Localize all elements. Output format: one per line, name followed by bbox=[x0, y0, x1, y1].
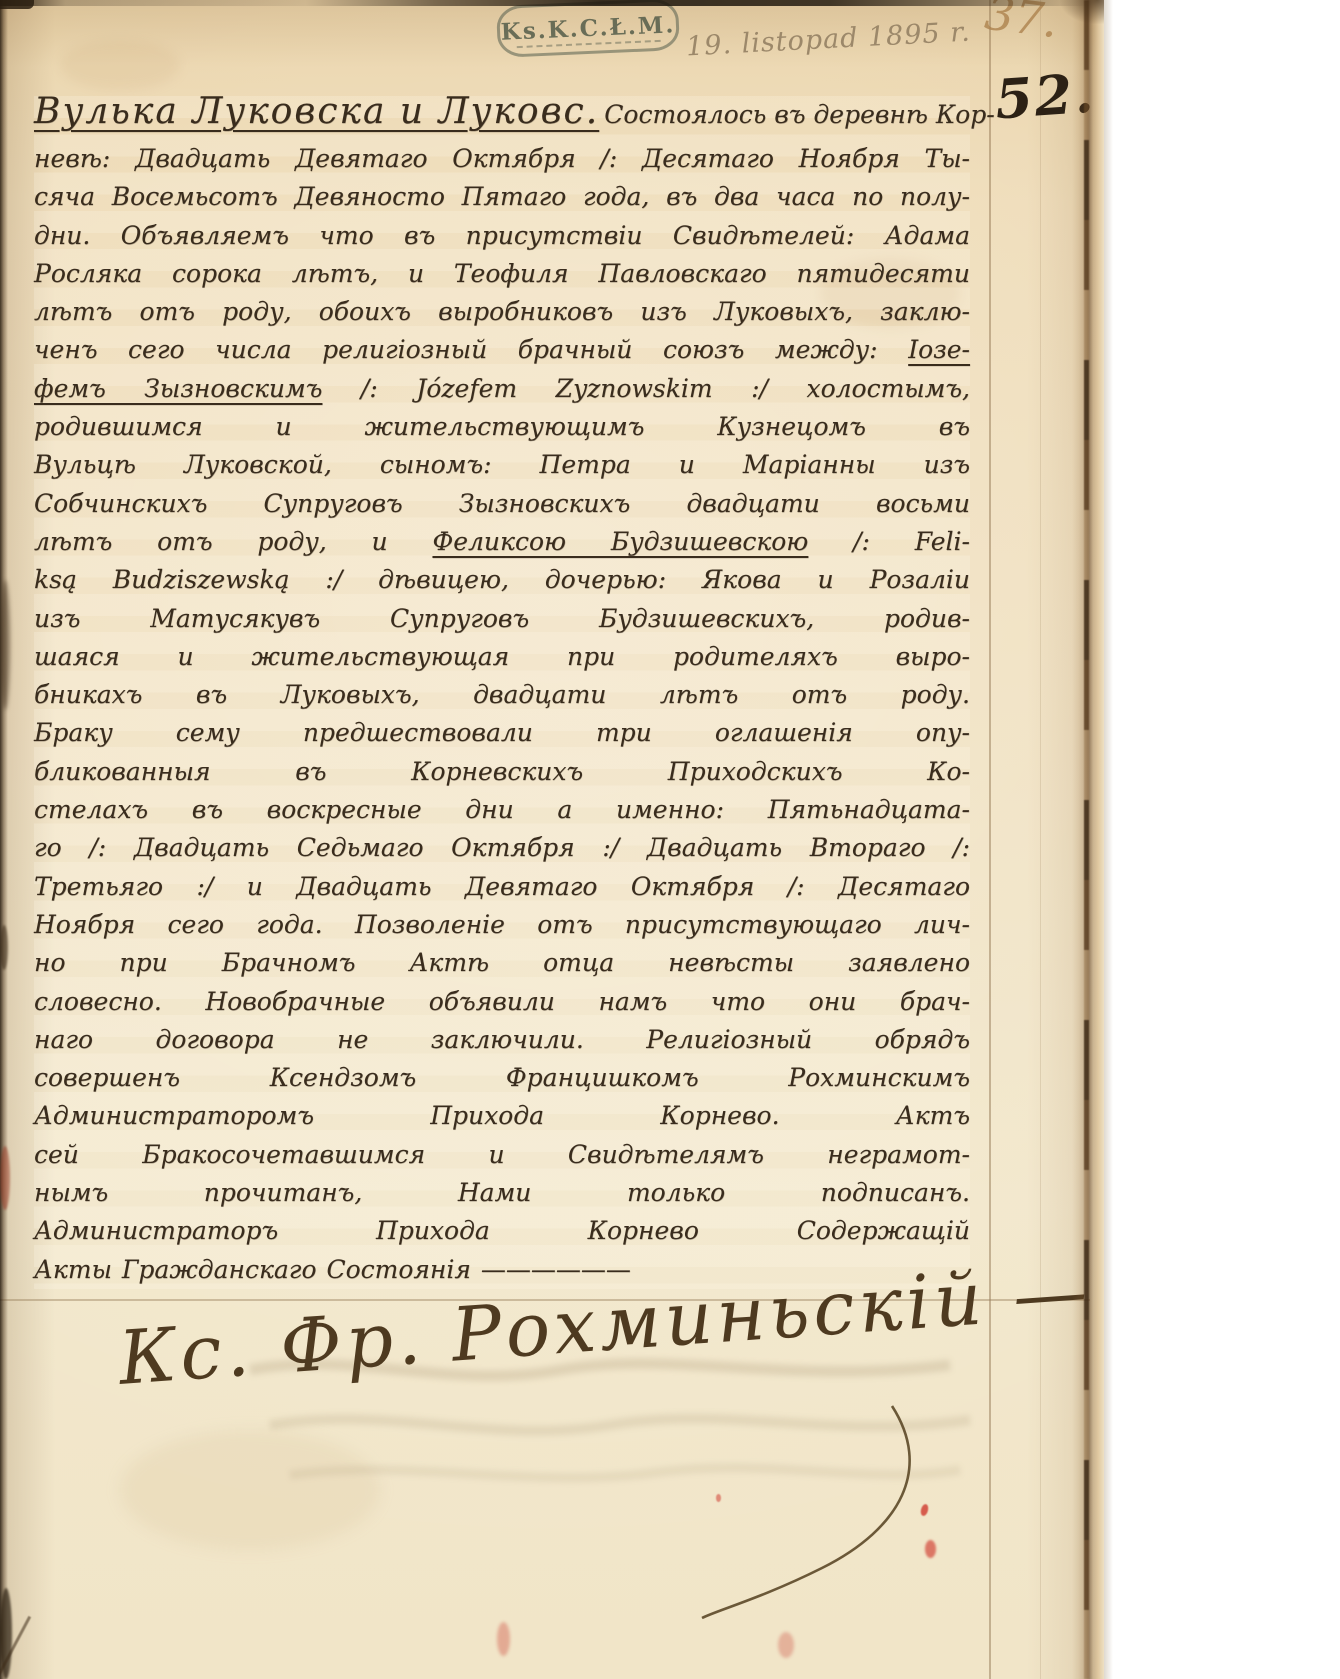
manuscript-segment: Администраторъ Прихода Корнево Содержащі… bbox=[34, 1216, 970, 1245]
page-edge-left bbox=[0, 0, 8, 1679]
manuscript-segment: наго договора не заключили. Религіозный … bbox=[34, 1025, 970, 1054]
manuscript-page: Ks.K.C.Ł.M. 19. listopad 1895 r. 37. 52.… bbox=[0, 0, 1104, 1679]
manuscript-segment: ченъ сего числа религіозный брачный союз… bbox=[34, 335, 908, 364]
manuscript-line: наго договора не заключили. Религіозный … bbox=[34, 1021, 970, 1059]
manuscript-segment: ksą Budziszewską :/ дѣвицею, дочерью: Як… bbox=[34, 565, 970, 594]
manuscript-line: невѣ: Двадцать Девятаго Октября /: Десят… bbox=[34, 140, 970, 178]
manuscript-line: Собчинскихъ Супруговъ Зызновскихъ двадца… bbox=[34, 485, 970, 523]
manuscript-line: изъ Матусякувъ Супруговъ Будзишевскихъ, … bbox=[34, 600, 970, 638]
underlined-name: Феликсою Будзишевскою bbox=[432, 527, 808, 556]
ink-blot bbox=[0, 580, 10, 710]
rust-mark bbox=[0, 1146, 10, 1210]
manuscript-segment: стелахъ въ воскресные дни а именно: Пять… bbox=[34, 795, 970, 824]
manuscript-line: сей Бракосочетавшимся и Свидѣтелямъ негр… bbox=[34, 1136, 970, 1174]
ink-blot bbox=[0, 925, 8, 970]
manuscript-segment: шаяся и жительствующая при родителяхъ вы… bbox=[34, 642, 970, 671]
page-corner-mark bbox=[1060, 0, 1104, 24]
manuscript-line: лѣтъ отъ роду, обоихъ выробниковъ изъ Лу… bbox=[34, 293, 970, 331]
underlined-name: Іозе- bbox=[908, 335, 970, 364]
manuscript-line: стелахъ въ воскресные дни а именно: Пять… bbox=[34, 791, 970, 829]
red-ink-mark bbox=[716, 1494, 721, 1502]
manuscript-segment: родившимся и жительствующимъ Кузнецомъ в… bbox=[34, 412, 970, 441]
manuscript-line: ченъ сего числа религіозный брачный союз… bbox=[34, 331, 970, 369]
record-place-title: Вулька Луковска и Луковс. bbox=[34, 91, 599, 132]
manuscript-segment: Акты Гражданскаго Состоянія —————— bbox=[34, 1255, 631, 1284]
manuscript-line: го /: Двадцать Седьмаго Октября :/ Двадц… bbox=[34, 829, 970, 867]
page-shadow bbox=[1104, 0, 1113, 1679]
record-body: невѣ: Двадцать Девятаго Октября /: Десят… bbox=[34, 140, 970, 1289]
manuscript-line: родившимся и жительствующимъ Кузнецомъ в… bbox=[34, 408, 970, 446]
red-ink-mark bbox=[778, 1632, 794, 1658]
manuscript-segment: бликованныя въ Корневскихъ Приходскихъ К… bbox=[34, 757, 970, 786]
pencil-date-note: 19. listopad 1895 r. bbox=[685, 17, 971, 63]
page-binding-line bbox=[1084, 0, 1089, 1679]
manuscript-segment: /: Feli- bbox=[808, 527, 970, 556]
manuscript-segment: /: Józefem Zyznowskim :/ холостымъ, bbox=[322, 374, 970, 403]
red-ink-mark bbox=[925, 1540, 936, 1558]
manuscript-line: но при Брачномъ Актѣ отца невѣсты заявле… bbox=[34, 944, 970, 982]
manuscript-line: лѣтъ отъ роду, и Феликсою Будзишевскою /… bbox=[34, 523, 970, 561]
manuscript-segment: Администраторомъ Прихода Корнево. Актъ bbox=[34, 1101, 970, 1130]
manuscript-segment: Вульцѣ Луковской, сыномъ: Петра и Маріан… bbox=[34, 450, 970, 479]
manuscript-segment: го /: Двадцать Седьмаго Октября :/ Двадц… bbox=[34, 833, 970, 862]
manuscript-line: Браку сему предшествовали три оглашенія … bbox=[34, 714, 970, 752]
record-heading: Вулька Луковска и Луковс. Состоялось въ … bbox=[34, 84, 970, 140]
manuscript-line: ksą Budziszewską :/ дѣвицею, дочерью: Як… bbox=[34, 561, 970, 599]
manuscript-segment: Третьяго :/ и Двадцать Девятаго Октября … bbox=[34, 872, 970, 901]
manuscript-segment: Ноября сего года. Позволеніе отъ присутс… bbox=[34, 910, 970, 939]
manuscript-line: бликованныя въ Корневскихъ Приходскихъ К… bbox=[34, 753, 970, 791]
manuscript-segment: Собчинскихъ Супруговъ Зызновскихъ двадца… bbox=[34, 489, 970, 518]
archive-stamp-text: Ks.K.C.Ł.M. bbox=[500, 11, 676, 46]
manuscript-line: Росляка сорока лѣтъ, и Теофиля Павловска… bbox=[34, 255, 970, 293]
manuscript-line: Третьяго :/ и Двадцать Девятаго Октября … bbox=[34, 868, 970, 906]
manuscript-segment: сяча Восемьсотъ Девяносто Пятаго года, в… bbox=[34, 182, 970, 211]
manuscript-line: Администраторъ Прихода Корнево Содержащі… bbox=[34, 1212, 970, 1250]
manuscript-line: бникахъ въ Луковыхъ, двадцати лѣтъ отъ р… bbox=[34, 676, 970, 714]
red-ink-mark bbox=[497, 1622, 510, 1656]
underlined-name: фемъ Зызновскимъ bbox=[34, 374, 322, 403]
manuscript-text: Вулька Луковска и Луковс. Состоялось въ … bbox=[34, 84, 970, 1289]
manuscript-segment: сей Бракосочетавшимся и Свидѣтелямъ негр… bbox=[34, 1140, 970, 1169]
manuscript-line: дни. Объявляемъ что въ присутствіи Свидѣ… bbox=[34, 217, 970, 255]
manuscript-segment: невѣ: Двадцать Девятаго Октября /: Десят… bbox=[34, 144, 970, 173]
manuscript-segment: Браку сему предшествовали три оглашенія … bbox=[34, 718, 970, 747]
manuscript-segment: нымъ прочитанъ, Нами только подписанъ. bbox=[34, 1178, 970, 1207]
manuscript-line: словесно. Новобрачные объявили намъ что … bbox=[34, 983, 970, 1021]
manuscript-line: сяча Восемьсотъ Девяносто Пятаго года, в… bbox=[34, 178, 970, 216]
manuscript-line: совершенъ Ксендзомъ Францишкомъ Рохминск… bbox=[34, 1059, 970, 1097]
folio-number: 37. bbox=[982, 0, 1061, 48]
paper-crease bbox=[1040, 0, 1041, 1679]
record-heading-continuation: Состоялось въ деревнѣ Кор- bbox=[604, 100, 995, 129]
manuscript-line: Администраторомъ Прихода Корнево. Актъ bbox=[34, 1097, 970, 1135]
signature-flourish bbox=[640, 1388, 940, 1623]
paper-stain bbox=[60, 40, 180, 90]
manuscript-segment: но при Брачномъ Актѣ отца невѣсты заявле… bbox=[34, 948, 970, 977]
manuscript-segment: изъ Матусякувъ Супруговъ Будзишевскихъ, … bbox=[34, 604, 970, 633]
manuscript-segment: словесно. Новобрачные объявили намъ что … bbox=[34, 987, 970, 1016]
manuscript-line: фемъ Зызновскимъ /: Józefem Zyznowskim :… bbox=[34, 370, 970, 408]
page-edge-top bbox=[0, 0, 1092, 6]
manuscript-segment: лѣтъ отъ роду, и bbox=[34, 527, 432, 556]
manuscript-line: нымъ прочитанъ, Нами только подписанъ. bbox=[34, 1174, 970, 1212]
archive-stamp: Ks.K.C.Ł.M. bbox=[496, 0, 680, 58]
manuscript-line: Вульцѣ Луковской, сыномъ: Петра и Маріан… bbox=[34, 446, 970, 484]
page-corner-mark bbox=[0, 0, 34, 9]
manuscript-segment: Росляка сорока лѣтъ, и Теофиля Павловска… bbox=[34, 259, 970, 288]
manuscript-segment: совершенъ Ксендзомъ Францишкомъ Рохминск… bbox=[34, 1063, 970, 1092]
manuscript-segment: лѣтъ отъ роду, обоихъ выробниковъ изъ Лу… bbox=[34, 297, 970, 326]
manuscript-line: Ноября сего года. Позволеніе отъ присутс… bbox=[34, 906, 970, 944]
manuscript-segment: дни. Объявляемъ что въ присутствіи Свидѣ… bbox=[34, 221, 970, 250]
manuscript-segment: бникахъ въ Луковыхъ, двадцати лѣтъ отъ р… bbox=[34, 680, 970, 709]
manuscript-line: шаяся и жительствующая при родителяхъ вы… bbox=[34, 638, 970, 676]
